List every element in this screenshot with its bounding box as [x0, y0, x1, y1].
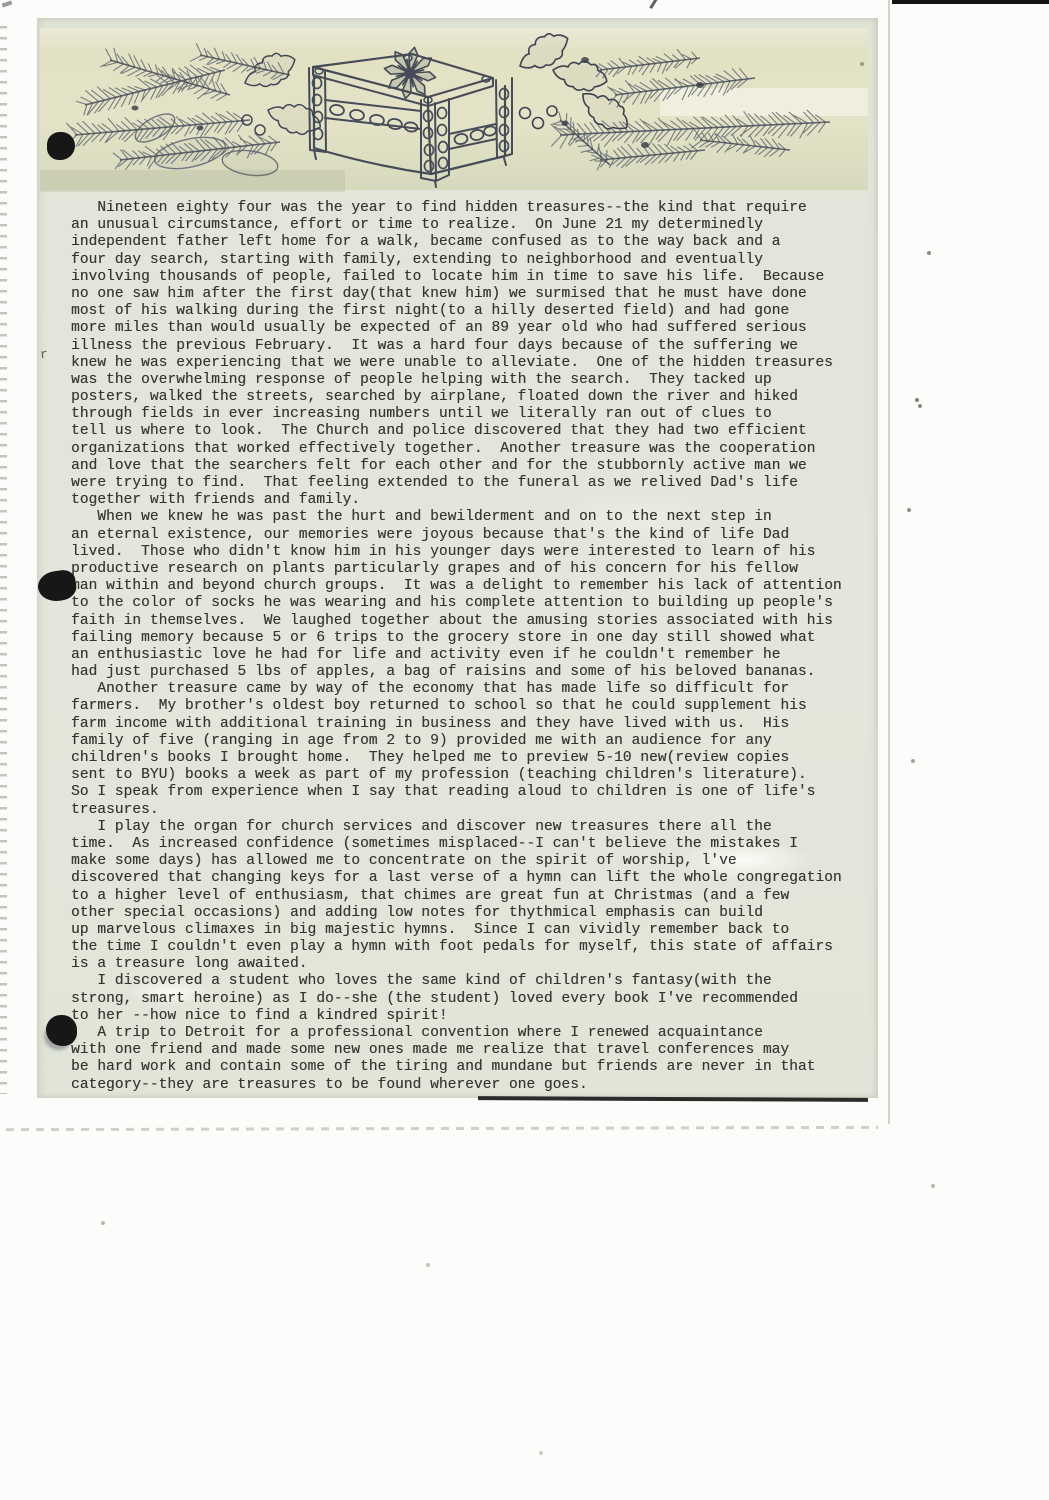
ink-blot-bottom: [46, 1015, 77, 1046]
letter-line-p3-7: So I speak from experience when I say th…: [71, 784, 871, 801]
letter-line-p3-5: children's books I brought home. They he…: [71, 750, 871, 767]
letter-line-p2-4: productive research on plants particular…: [71, 561, 871, 578]
letter-line-p1-1: Nineteen eighty four was the year to fin…: [71, 200, 871, 217]
letter-line-p1-18: together with friends and family.: [71, 492, 871, 509]
letter-line-p1-2: an unusual circumstance, effort or time …: [71, 217, 871, 234]
letter-line-p1-10: knew he was experiencing that we were un…: [71, 355, 871, 372]
letter-line-p3-1: Another treasure came by way of the econ…: [71, 681, 871, 698]
scan-corner-artifact: [2, 1, 13, 8]
page-right-edge-line: [888, 0, 890, 1124]
header-illustration-band: [40, 28, 868, 190]
letter-line-p3-6: sent to BYU) books a week as part of my …: [71, 767, 871, 784]
letter-line-p3-4: family of five (ranging in age from 2 to…: [71, 733, 871, 750]
letter-line-p4-2: time. As increased confidence (sometimes…: [71, 836, 871, 853]
letter-line-p4-4: discovered that changing keys for a last…: [71, 870, 871, 887]
letter-line-p3-8: treasures.: [71, 802, 871, 819]
letter-line-p2-3: lived. Those who didn't know him in his …: [71, 544, 871, 561]
treasure-chest-illustration: [40, 28, 868, 190]
letter-line-p4-3: make some days) has allowed me to concen…: [71, 853, 871, 870]
letter-line-p6-1: A trip to Detroit for a professional con…: [71, 1025, 871, 1042]
scan-speckles: [0, 0, 2, 2]
letter-line-p1-15: organizations that worked effectively to…: [71, 441, 871, 458]
holly-right-icon: [512, 28, 635, 139]
letter-paper: Nineteen eighty four was the year to fin…: [37, 18, 878, 1098]
letter-line-p4-8: the time I couldn't even play a hymn wit…: [71, 939, 871, 956]
scan-diagonal-artifact: [649, 0, 657, 9]
letter-line-p4-6: other special occasions) and adding low …: [71, 905, 871, 922]
letter-line-p1-16: and love that the searchers felt for eac…: [71, 458, 871, 475]
page-bottom-edge-line: [478, 1096, 868, 1102]
letter-line-p1-14: tell us where to look. The Church and po…: [71, 423, 871, 440]
treasure-chest-sketch: [309, 47, 512, 187]
letter-line-p3-2: farmers. My brother's oldest boy returne…: [71, 698, 871, 715]
poinsettia-star-icon: [384, 47, 437, 100]
letter-line-p2-6: to the color of socks he was wearing and…: [71, 595, 871, 612]
letter-line-p2-8: failing memory because 5 or 6 trips to t…: [71, 630, 871, 647]
letter-line-p1-9: illness the previous February. It was a …: [71, 338, 871, 355]
letter-line-p4-9: is a treasure long awaited.: [71, 956, 871, 973]
letter-line-p1-11: was the overwhelming response of people …: [71, 372, 871, 389]
letter-line-p1-6: no one saw him after the first day(that …: [71, 286, 871, 303]
letter-line-p1-12: posters, walked the streets, searched by…: [71, 389, 871, 406]
letter-line-p6-3: be hard work and contain some of the tir…: [71, 1059, 871, 1076]
letter-line-p3-3: farm income with additional training in …: [71, 716, 871, 733]
scanned-letter-page: Nineteen eighty four was the year to fin…: [0, 0, 1049, 1500]
letter-line-p2-5: man within and beyond church groups. It …: [71, 578, 871, 595]
letter-line-p4-1: I play the organ for church services and…: [71, 819, 871, 836]
letter-line-p1-8: more miles than would usually be expecte…: [71, 320, 871, 337]
letter-line-p6-4: category--they are treasures to be found…: [71, 1077, 871, 1094]
letter-line-p4-7: up marvelous climaxes in big majestic hy…: [71, 922, 871, 939]
letter-line-p2-10: had just purchased 5 lbs of apples, a ba…: [71, 664, 871, 681]
letter-line-p2-7: faith in themselves. We laughed together…: [71, 613, 871, 630]
letter-line-p1-4: four day search, starting with family, e…: [71, 252, 871, 269]
letter-line-p1-13: through fields in ever increasing number…: [71, 406, 871, 423]
letter-line-p2-9: an enthusiastic love he had for life and…: [71, 647, 871, 664]
letter-line-p5-1: I discovered a student who loves the sam…: [71, 973, 871, 990]
letter-line-p6-2: with one friend and made some new ones m…: [71, 1042, 871, 1059]
scan-top-edge-artifact: [892, 0, 1049, 4]
broad-leaves-sketch: [131, 108, 279, 178]
stray-typewriter-mark: r: [39, 347, 48, 363]
letter-line-p1-17: were trying to find. That feeling extend…: [71, 475, 871, 492]
letter-body: Nineteen eighty four was the year to fin…: [71, 200, 871, 1094]
binding-perforation-marks: [0, 26, 7, 1094]
letter-line-p4-5: to a higher level of enthusiasm, that ch…: [71, 888, 871, 905]
letter-line-p1-7: most of his walking during the first nig…: [71, 303, 871, 320]
letter-line-p5-2: strong, smart heroine) as I do--she (the…: [71, 991, 871, 1008]
perforation-dashed-line: [6, 1126, 878, 1131]
letter-line-p2-2: an eternal existence, our memories were …: [71, 527, 871, 544]
letter-line-p5-3: to her --how nice to find a kindred spir…: [71, 1008, 871, 1025]
letter-line-p1-5: involving thousands of people, failed to…: [71, 269, 871, 286]
letter-line-p2-1: When we knew he was past the hurt and be…: [71, 509, 871, 526]
letter-line-p1-3: independent father left home for a walk,…: [71, 234, 871, 251]
